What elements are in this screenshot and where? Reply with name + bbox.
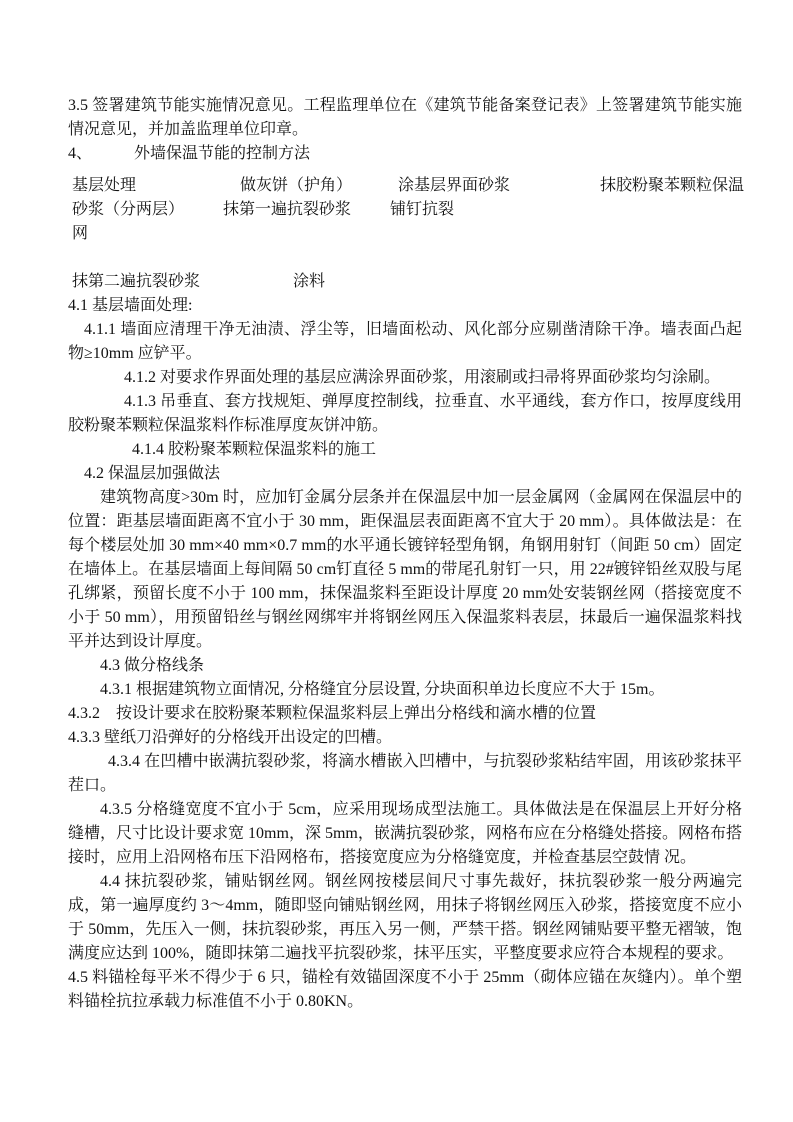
- paragraph-4-3: 4.3 做分格线条: [68, 654, 742, 678]
- heading-section-4: 4、外墙保温节能的控制方法: [68, 142, 742, 166]
- heading-section-4-number: 4、: [68, 145, 92, 162]
- paragraph-4-4: 4.4 抹抗裂砂浆，铺贴钢丝网。钢丝网按楼层间尺寸事先裁好，抹抗裂砂浆一般分两遍…: [68, 870, 742, 966]
- process-flow-chart: 基层处理 做灰饼（护角） 涂基层界面砂浆 抹胶粉聚苯颗粒保温 砂浆（分两层） 抹…: [68, 174, 742, 294]
- flow-step: 网: [72, 222, 88, 246]
- flow-row-3: 网: [68, 222, 742, 246]
- paragraph-4-3-4: 4.3.4 在凹槽中嵌满抗裂砂浆，将滴水槽嵌入凹槽中，与抗裂砂浆粘结牢固，用该砂…: [68, 750, 742, 798]
- flow-row-4: 抹第二遍抗裂砂浆 涂料: [68, 270, 742, 294]
- paragraph-4-1-1: 4.1.1 墙面应清理干净无油渍、浮尘等，旧墙面松动、风化部分应剔凿清除干净。墙…: [68, 318, 742, 366]
- flow-step: 砂浆（分两层）: [72, 198, 184, 222]
- paragraph-3-5: 3.5 签署建筑节能实施情况意见。工程监理单位在《建筑节能备案登记表》上签署建筑…: [68, 94, 742, 142]
- flow-step: 抹第一遍抗裂砂浆: [223, 198, 351, 222]
- flow-row-1: 基层处理 做灰饼（护角） 涂基层界面砂浆 抹胶粉聚苯颗粒保温: [68, 174, 742, 198]
- paragraph-4-3-5: 4.3.5 分格缝宽度不宜小于 5cm，应采用现场成型法施工。具体做法是在保温层…: [68, 798, 742, 870]
- paragraph-4-1-4: 4.1.4 胶粉聚苯颗粒保温浆料的施工: [68, 438, 742, 462]
- flow-row-2: 砂浆（分两层） 抹第一遍抗裂砂浆 铺钉抗裂: [68, 198, 742, 222]
- paragraph-4-3-2: 4.3.2 按设计要求在胶粉聚苯颗粒保温浆料层上弹出分格线和滴水槽的位置: [68, 702, 742, 726]
- paragraph-4-1-3: 4.1.3 吊垂直、套方找规矩、弹厚度控制线，拉垂直、水平通线，套方作口，按厚度…: [68, 390, 742, 438]
- paragraph-4-1: 4.1 基层墙面处理:: [68, 294, 742, 318]
- paragraph-4-5: 4.5 料锚栓每平米不得少于 6 只，锚栓有效锚固深度不小于 25mm（砌体应锚…: [68, 966, 742, 1014]
- paragraph-4-2: 4.2 保温层加强做法: [68, 462, 742, 486]
- paragraph-4-1-2: 4.1.2 对要求作界面处理的基层应满涂界面砂浆，用滚刷或扫帚将界面砂浆均匀涂刷…: [68, 366, 742, 390]
- flow-step: 基层处理: [72, 174, 136, 198]
- paragraph-4-2-body: 建筑物高度>30m 时，应加钉金属分层条并在保温层中加一层金属网（金属网在保温层…: [68, 486, 742, 654]
- flow-step: 铺钉抗裂: [390, 198, 454, 222]
- paragraph-4-3-3: 4.3.3 壁纸刀沿弹好的分格线开出设定的凹槽。: [68, 726, 742, 750]
- flow-step: 抹第二遍抗裂砂浆: [72, 270, 200, 294]
- heading-section-4-title: 外墙保温节能的控制方法: [134, 145, 310, 162]
- flow-step: 做灰饼（护角）: [240, 174, 352, 198]
- document-page: 3.5 签署建筑节能实施情况意见。工程监理单位在《建筑节能备案登记表》上签署建筑…: [0, 0, 793, 1122]
- flow-step: 涂料: [293, 270, 325, 294]
- flow-blank-row: [68, 246, 742, 270]
- flow-step: 涂基层界面砂浆: [398, 174, 510, 198]
- paragraph-4-3-1: 4.3.1 根据建筑物立面情况, 分格缝宜分层设置, 分块面积单边长度应不大于 …: [68, 678, 742, 702]
- flow-step: 抹胶粉聚苯颗粒保温: [600, 174, 744, 198]
